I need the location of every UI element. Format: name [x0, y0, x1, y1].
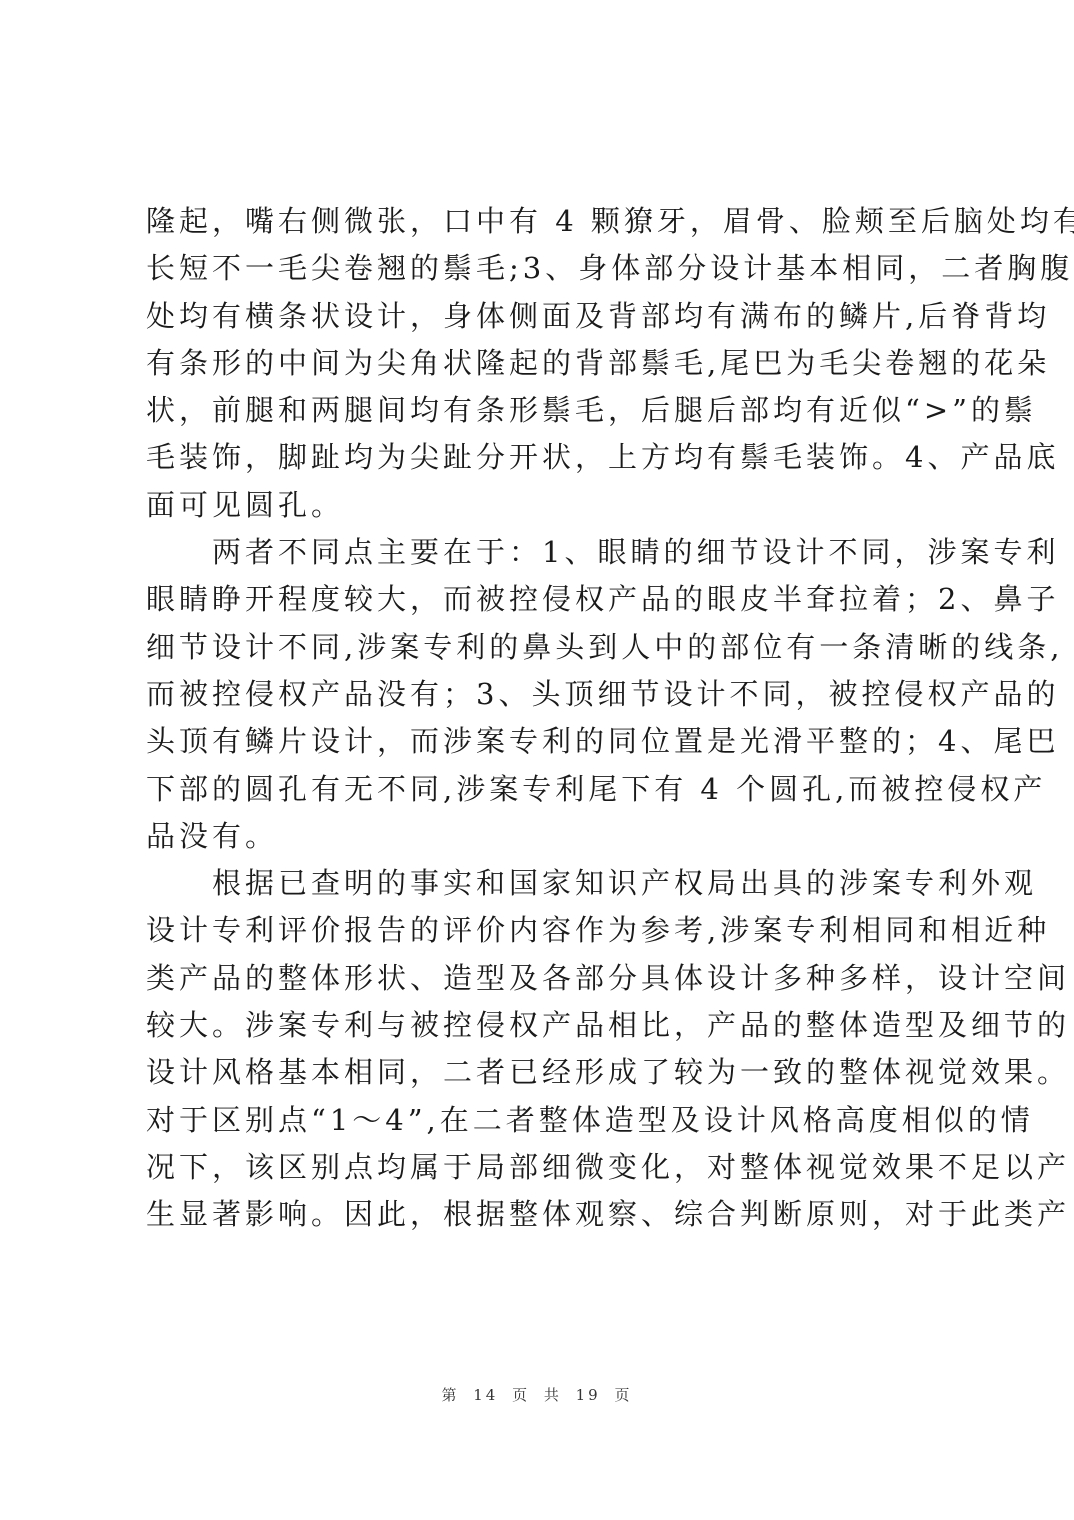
text-line: 面可见圆孔。 — [146, 482, 946, 529]
text-line: 生显著影响。因此，根据整体观察、综合判断原则，对于此类产 — [146, 1191, 946, 1238]
text-line: 较大。涉案专利与被控侵权产品相比，产品的整体造型及细节的 — [146, 1002, 946, 1049]
text-line: 处均有横条状设计，身体侧面及背部均有满布的鳞片,后脊背均 — [146, 293, 946, 340]
text-line: 而被控侵权产品没有；3、头顶细节设计不同，被控侵权产品的 — [146, 671, 946, 718]
text-line: 类产品的整体形状、造型及各部分具体设计多种多样，设计空间 — [146, 955, 946, 1002]
text-line: 长短不一毛尖卷翘的鬃毛;3、身体部分设计基本相同，二者胸腹 — [146, 245, 946, 292]
text-line: 况下，该区别点均属于局部细微变化，对整体视觉效果不足以产 — [146, 1144, 946, 1191]
paragraph-start-line: 两者不同点主要在于：1、眼睛的细节设计不同，涉案专利 — [146, 529, 946, 576]
text-line: 品没有。 — [146, 813, 946, 860]
text-line: 眼睛睁开程度较大，而被控侵权产品的眼皮半耷拉着；2、鼻子 — [146, 576, 946, 623]
text-line: 细节设计不同,涉案专利的鼻头到人中的部位有一条清晰的线条, — [146, 624, 946, 671]
text-line: 有条形的中间为尖角状隆起的背部鬃毛,尾巴为毛尖卷翘的花朵 — [146, 340, 946, 387]
text-line: 设计风格基本相同，二者已经形成了较为一致的整体视觉效果。 — [146, 1049, 946, 1096]
text-line: 毛装饰，脚趾均为尖趾分开状，上方均有鬃毛装饰。4、产品底 — [146, 434, 946, 481]
text-line: 设计专利评价报告的评价内容作为参考,涉案专利相同和相近种 — [146, 907, 946, 954]
page-number-footer: 第 14 页 共 19 页 — [0, 1384, 1074, 1405]
paragraph-start-line: 根据已查明的事实和国家知识产权局出具的涉案专利外观 — [146, 860, 946, 907]
text-line: 状，前腿和两腿间均有条形鬃毛，后腿后部均有近似“>”的鬃 — [146, 387, 946, 434]
document-page: 隆起，嘴右侧微张，口中有 4 颗獠牙，眉骨、脸颊至后脑处均有 长短不一毛尖卷翘的… — [0, 0, 1074, 1520]
body-text: 隆起，嘴右侧微张，口中有 4 颗獠牙，眉骨、脸颊至后脑处均有 长短不一毛尖卷翘的… — [146, 198, 946, 1239]
text-line: 下部的圆孔有无不同,涉案专利尾下有 4 个圆孔,而被控侵权产 — [146, 766, 946, 813]
text-line: 对于区别点“1～4”,在二者整体造型及设计风格高度相似的情 — [146, 1097, 946, 1144]
text-line: 头顶有鳞片设计，而涉案专利的同位置是光滑平整的；4、尾巴 — [146, 718, 946, 765]
text-line: 隆起，嘴右侧微张，口中有 4 颗獠牙，眉骨、脸颊至后脑处均有 — [146, 198, 946, 245]
